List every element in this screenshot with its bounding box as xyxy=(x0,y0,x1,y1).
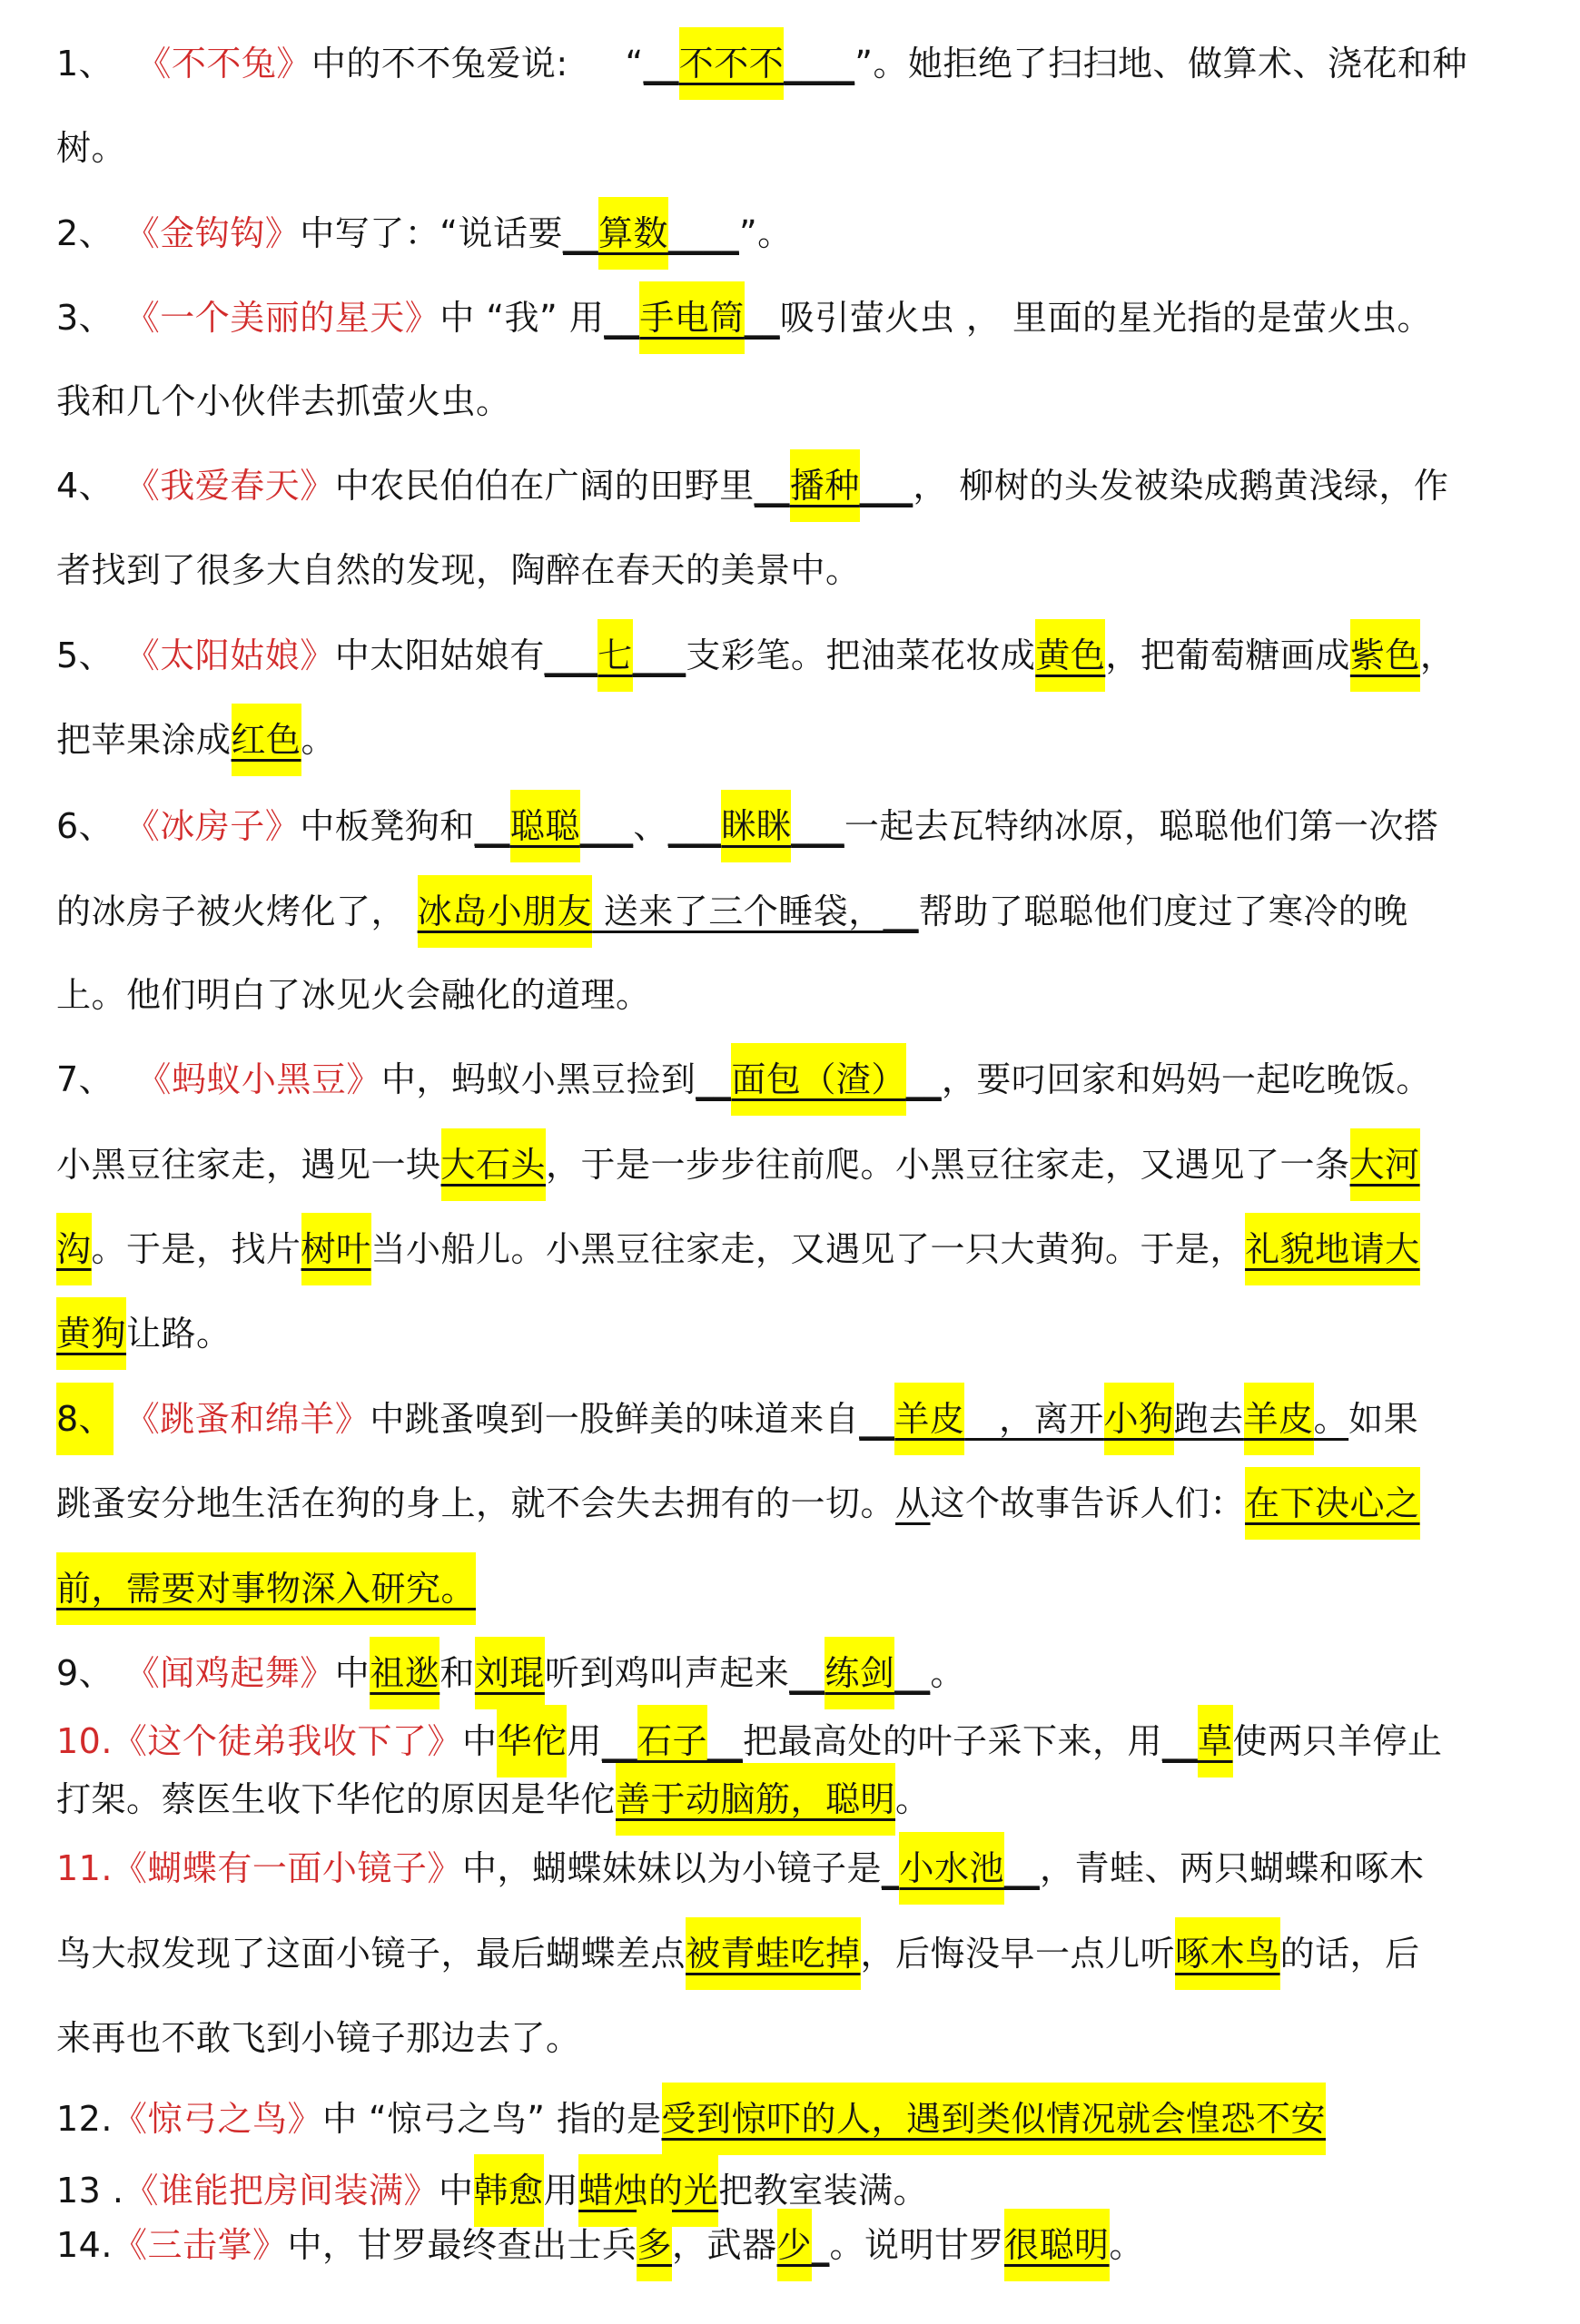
text-line: 沟。于是，找片树叶当小船儿。小黑豆往家走，又遇见了一只大黄狗。于是，礼貌地请大 xyxy=(56,1226,1420,1272)
highlighted-answer: 华佗 xyxy=(497,1705,567,1777)
text-segment: 中 xyxy=(462,1721,498,1761)
text-segment: ，后悔没早一点儿听 xyxy=(861,1934,1176,1974)
text-line: 9、 《闻鸡起舞》中祖逖和刘琨听到鸡叫声起来__练剑__。 xyxy=(56,1650,965,1696)
text-line: 12.《惊弓之鸟》中 “惊弓之鸟” 指的是受到惊吓的人，遇到类似情况就会惶恐不安 xyxy=(56,2096,1326,2142)
underlined-blank: ____ xyxy=(668,213,739,253)
text-segment: 5、 xyxy=(56,635,125,675)
underlined-blank: ___ xyxy=(791,806,844,846)
highlighted-answer: 前，需要对事物深入研究。 xyxy=(56,1552,476,1625)
lesson-title: 《太阳姑娘》 xyxy=(125,635,335,675)
lesson-title: 《谁能把房间装满》 xyxy=(124,2171,439,2211)
text-segment: 打架。蔡医生收下华佗的原因是华佗 xyxy=(56,1779,616,1819)
highlighted-answer: 羊皮 xyxy=(894,1383,964,1455)
underlined-blank: ___ xyxy=(545,635,598,675)
text-segment: 14. xyxy=(56,2225,113,2265)
text-segment: 中 “我” 用 xyxy=(439,298,604,338)
underlined-blank: _ xyxy=(882,1848,900,1888)
text-segment: 跳蚤安分地生活在狗的身上，就不会失去拥有的一切。 xyxy=(56,1483,895,1523)
underlined-blank: __ xyxy=(1004,1848,1040,1888)
underlined-blank: 从 xyxy=(895,1483,931,1523)
text-segment: 小黑豆往家走，遇见一块 xyxy=(56,1145,441,1185)
text-segment: ，把葡萄糖画成 xyxy=(1105,635,1350,675)
text-line: 我和几个小伙伴去抓萤火虫。 xyxy=(56,379,511,424)
underlined-blank: _ xyxy=(812,2225,830,2265)
text-segment: 用 xyxy=(567,1721,602,1761)
highlighted-answer: 被青蛙吃掉 xyxy=(686,1917,861,1990)
underlined-blank: __ xyxy=(602,1721,637,1761)
underlined-blank: __ xyxy=(745,298,780,338)
text-segment: 4、 xyxy=(56,466,125,506)
text-segment: 中，蚂蚁小黑豆捡到 xyxy=(381,1059,696,1099)
text-segment: 把苹果涂成 xyxy=(56,720,232,760)
text-line: 11.《蝴蝶有一面小镜子》中，蝴蝶妹妹以为小镜子是_小水池__，青蛙、两只蝴蝶和… xyxy=(56,1846,1424,1891)
text-segment: ，青蛙、两只蝴蝶和啄木 xyxy=(1040,1848,1425,1888)
underlined-blank: __ xyxy=(696,1059,731,1099)
text-line: 14.《三击掌》中，甘罗最终查出士兵多，武器少_。说明甘罗很聪明。 xyxy=(56,2222,1144,2268)
underlined-blank: __ xyxy=(707,1721,743,1761)
underlined-blank: __ xyxy=(1162,1721,1198,1761)
underlined-blank: __ xyxy=(906,1059,942,1099)
text-segment: 。于是，找片 xyxy=(92,1229,301,1269)
highlighted-answer: 善于动脑筋，聪明 xyxy=(616,1763,895,1836)
text-segment: 。 xyxy=(301,720,337,760)
underlined-blank: __ xyxy=(755,466,790,506)
underlined-blank: ___ xyxy=(668,806,722,846)
highlighted-answer: 草 xyxy=(1198,1705,1233,1777)
highlighted-answer: 小狗 xyxy=(1104,1383,1174,1455)
text-line: 者找到了很多大自然的发现，陶醉在春天的美景中。 xyxy=(56,547,861,593)
highlighted-answer: 七 xyxy=(597,619,633,692)
text-segment: 中 xyxy=(335,1653,370,1693)
text-line: 1、 《不不兔》中的不不兔爱说: “__不不不____”。她拒绝了扫扫地、做算术… xyxy=(56,41,1467,86)
highlighted-answer: 啄木鸟 xyxy=(1175,1917,1280,1990)
highlighted-answer: 少 xyxy=(777,2209,813,2281)
text-line: 打架。蔡医生收下华佗的原因是华佗善于动脑筋，聪明。 xyxy=(56,1777,931,1822)
text-line: 来再也不敢飞到小镜子那边去了。 xyxy=(56,2015,581,2061)
underlined-blank: __ xyxy=(859,1399,894,1439)
lesson-title: 《冰房子》 xyxy=(125,806,301,846)
highlighted-answer: 韩愈 xyxy=(474,2154,544,2227)
underlined-blank: __ xyxy=(894,1653,930,1693)
underlined-blank: __ xyxy=(563,213,598,253)
text-segment: 13 . xyxy=(56,2171,124,2211)
text-segment: 帮助了聪聪他们度过了寒冷的晚 xyxy=(919,891,1408,931)
highlighted-answer: 多 xyxy=(637,2209,672,2281)
text-segment: 中板凳狗和 xyxy=(300,806,475,846)
highlighted-answer: 算数 xyxy=(598,197,668,270)
highlighted-answer: 练剑 xyxy=(825,1637,894,1709)
text-segment: 。 xyxy=(1110,2225,1145,2265)
text-segment: 如果 xyxy=(1348,1399,1418,1439)
text-line: 跳蚤安分地生活在狗的身上，就不会失去拥有的一切。从这个故事告诉人们：在下决心之 xyxy=(56,1481,1420,1526)
text-segment: 中 xyxy=(439,2171,474,2211)
text-segment: 让路。 xyxy=(126,1314,232,1354)
text-segment: ”。她拒绝了扫扫地、做算术、浇花和种 xyxy=(854,44,1467,84)
text-segment: 者找到了很多大自然的发现，陶醉在春天的美景中。 xyxy=(56,550,861,590)
text-segment: ， xyxy=(1420,635,1456,675)
text-segment: 用 xyxy=(544,2171,579,2211)
text-segment: 9、 xyxy=(56,1653,125,1693)
text-line: 13 .《谁能把房间装满》中韩愈用蜡烛的光把教室装满。 xyxy=(56,2168,928,2213)
text-segment: 中 “惊弓之鸟” 指的是 xyxy=(322,2099,662,2139)
text-segment: 当小船儿。小黑豆往家走，又遇见了一只大黄狗。于是， xyxy=(371,1229,1246,1269)
text-segment: 7、 xyxy=(56,1059,136,1099)
text-line: 7、 《蚂蚁小黑豆》中，蚂蚁小黑豆捡到__面包（渣）__，要叼回家和妈妈一起吃晚… xyxy=(56,1057,1431,1102)
underlined-blank: ，离开 xyxy=(964,1399,1103,1439)
text-segment: 鸟大叔发现了这面小镜子，最后蝴蝶差点 xyxy=(56,1934,686,1974)
text-segment: 中，甘罗最终查出士兵 xyxy=(287,2225,637,2265)
highlighted-answer: 沟 xyxy=(56,1213,92,1285)
text-segment: 1、 xyxy=(56,44,136,84)
lesson-title: 《我爱春天》 xyxy=(125,466,335,506)
highlighted-answer: 手电筒 xyxy=(639,281,745,354)
text-segment: 来再也不敢飞到小镜子那边去了。 xyxy=(56,2018,581,2058)
highlighted-answer: 大石头 xyxy=(441,1128,547,1201)
highlighted-answer: 黄色 xyxy=(1035,619,1105,692)
text-segment: ，武器 xyxy=(672,2225,777,2265)
text-segment: 吸引萤火虫 ， 里面的星光指的是萤火虫。 xyxy=(780,298,1432,338)
text-line: 8、 《跳蚤和绵羊》中跳蚤嗅到一股鲜美的味道来自__羊皮 ，离开小狗跑去羊皮。如… xyxy=(56,1396,1418,1442)
text-segment: 和 xyxy=(439,1653,475,1693)
text-segment: 中农民伯伯在广阔的田野里 xyxy=(335,466,755,506)
text-segment: 。说明甘罗 xyxy=(830,2225,1005,2265)
highlighted-answer: 祖逖 xyxy=(370,1637,439,1709)
text-segment: 把最高处的叶子采下来，用 xyxy=(743,1721,1162,1761)
lesson-title: 《金钩钩》 xyxy=(125,213,301,253)
worksheet-document: 1、 《不不兔》中的不不兔爱说: “__不不不____”。她拒绝了扫扫地、做算术… xyxy=(0,0,1580,2324)
text-segment: 2、 xyxy=(56,213,125,253)
text-segment: 、 xyxy=(633,806,668,846)
highlighted-answer: 树叶 xyxy=(301,1213,371,1285)
lesson-title: 《蚂蚁小黑豆》 xyxy=(136,1059,381,1099)
lesson-title: 11.《蝴蝶有一面小镜子》 xyxy=(56,1848,462,1888)
underlined-blank: __ xyxy=(475,806,510,846)
highlighted-answer: 眯眯 xyxy=(721,790,791,862)
text-line: 把苹果涂成红色。 xyxy=(56,717,336,763)
highlighted-answer: 不不不 xyxy=(679,27,785,100)
text-segment: 6、 xyxy=(56,806,125,846)
text-segment: 12. xyxy=(56,2099,113,2139)
text-segment: ，要叼回家和妈妈一起吃晚饭。 xyxy=(942,1059,1431,1099)
text-segment: 3、 xyxy=(56,298,125,338)
underlined-blank: 送来了三个睡袋，__ xyxy=(592,891,919,931)
text-line: 2、 《金钩钩》中写了：“说话要__算数____”。 xyxy=(56,211,793,256)
text-segment: 的冰房子被火烤化了， xyxy=(56,891,418,931)
text-line: 树。 xyxy=(56,125,126,171)
text-segment: 我和几个小伙伴去抓萤火虫。 xyxy=(56,381,511,421)
underlined-blank: ___ xyxy=(860,466,913,506)
lesson-title: 《跳蚤和绵羊》 xyxy=(125,1399,370,1439)
text-line: 的冰房子被火烤化了， 冰岛小朋友 送来了三个睡袋，__帮助了聪聪他们度过了寒冷的… xyxy=(56,889,1408,934)
highlighted-answer: 播种 xyxy=(790,449,860,522)
text-segment: 把教室装满。 xyxy=(718,2171,928,2211)
highlighted-answer: 面包（渣） xyxy=(731,1043,906,1116)
highlighted-answer: 红色 xyxy=(232,704,301,776)
underlined-blank: 跑去 xyxy=(1174,1399,1244,1439)
lesson-title: 《一个美丽的星天》 xyxy=(125,298,440,338)
highlighted-answer: 很聪明 xyxy=(1004,2209,1110,2281)
text-segment: 这个故事告诉人们： xyxy=(931,1483,1246,1523)
text-line: 鸟大叔发现了这面小镜子，最后蝴蝶差点被青蛙吃掉，后悔没早一点儿听啄木鸟的话，后 xyxy=(56,1931,1420,1976)
text-line: 10.《这个徒弟我收下了》中华佗用__石子__把最高处的叶子采下来，用__草使两… xyxy=(56,1718,1443,1764)
text-segment: 。 xyxy=(895,1779,931,1819)
highlighted-answer: 8、 xyxy=(56,1383,114,1455)
text-segment: 中写了：“说话要 xyxy=(300,213,563,253)
text-segment: 中的不不兔爱说: “ xyxy=(311,44,644,84)
text-segment xyxy=(114,1399,125,1439)
text-segment: 支彩笔。把油菜花妆成 xyxy=(686,635,1035,675)
text-segment: 一起去瓦特纳冰原，聪聪他们第一次搭 xyxy=(844,806,1439,846)
underlined-blank: ___ xyxy=(633,635,686,675)
highlighted-answer: 在下决心之 xyxy=(1245,1467,1420,1540)
highlighted-answer: 羊皮 xyxy=(1244,1383,1314,1455)
text-line: 4、 《我爱春天》中农民伯伯在广阔的田野里__播种___， 柳树的头发被染成鹅黄… xyxy=(56,463,1448,508)
highlighted-answer: 受到惊吓的人，遇到类似情况就会惶恐不安 xyxy=(662,2083,1327,2155)
text-segment: 。 xyxy=(930,1653,965,1693)
highlighted-answer: 黄狗 xyxy=(56,1297,126,1370)
text-line: 3、 《一个美丽的星天》中 “我” 用__手电筒__吸引萤火虫 ， 里面的星光指… xyxy=(56,295,1432,340)
text-segment: 中，蝴蝶妹妹以为小镜子是 xyxy=(462,1848,882,1888)
highlighted-answer: 礼貌地请大 xyxy=(1245,1213,1420,1285)
text-segment: 听到鸡叫声起来 xyxy=(545,1653,790,1693)
highlighted-answer: 冰岛小朋友 xyxy=(418,875,593,948)
text-segment: ”。 xyxy=(739,213,793,253)
text-segment: ，于是一步步往前爬。小黑豆往家走，又遇见了一条 xyxy=(546,1145,1350,1185)
underlined-blank: __ xyxy=(789,1653,825,1693)
highlighted-answer: 聪聪 xyxy=(510,790,580,862)
text-line: 前，需要对事物深入研究。 xyxy=(56,1566,476,1611)
underlined-blank: __ xyxy=(604,298,639,338)
lesson-title: 《不不兔》 xyxy=(136,44,311,84)
highlighted-answer: 紫色 xyxy=(1350,619,1420,692)
lesson-title: 《惊弓之鸟》 xyxy=(113,2099,322,2139)
text-segment: ， 柳树的头发被染成鹅黄浅绿，作 xyxy=(913,466,1448,506)
text-segment: 上。他们明白了冰见火会融化的道理。 xyxy=(56,975,651,1015)
lesson-title: 《闻鸡起舞》 xyxy=(125,1653,335,1693)
text-line: 6、 《冰房子》中板凳狗和__聪聪___、___眯眯___一起去瓦特纳冰原，聪聪… xyxy=(56,803,1438,849)
text-line: 5、 《太阳姑娘》中太阳姑娘有___七___支彩笔。把油菜花妆成黄色，把葡萄糖画… xyxy=(56,633,1455,678)
text-line: 上。他们明白了冰见火会融化的道理。 xyxy=(56,972,651,1018)
text-segment: 的话，后 xyxy=(1280,1934,1420,1974)
text-segment: 使两只羊停止 xyxy=(1233,1721,1443,1761)
text-line: 小黑豆往家走，遇见一块大石头，于是一步步往前爬。小黑豆往家走，又遇见了一条大河 xyxy=(56,1142,1420,1187)
highlighted-answer: 刘琨 xyxy=(475,1637,545,1709)
text-segment: 树。 xyxy=(56,128,126,168)
lesson-title: 10.《这个徒弟我收下了》 xyxy=(56,1721,462,1761)
underlined-blank: ___ xyxy=(580,806,634,846)
underlined-blank: 。 xyxy=(1314,1399,1349,1439)
highlighted-answer: 小水池 xyxy=(899,1832,1004,1905)
lesson-title: 《三击掌》 xyxy=(113,2225,288,2265)
underlined-blank: __ xyxy=(644,44,679,84)
text-line: 黄狗让路。 xyxy=(56,1311,232,1356)
text-segment: 中跳蚤嗅到一股鲜美的味道来自 xyxy=(370,1399,859,1439)
text-segment: 中太阳姑娘有 xyxy=(335,635,545,675)
highlighted-answer: 大河 xyxy=(1350,1128,1420,1201)
underlined-blank: ____ xyxy=(784,44,854,84)
